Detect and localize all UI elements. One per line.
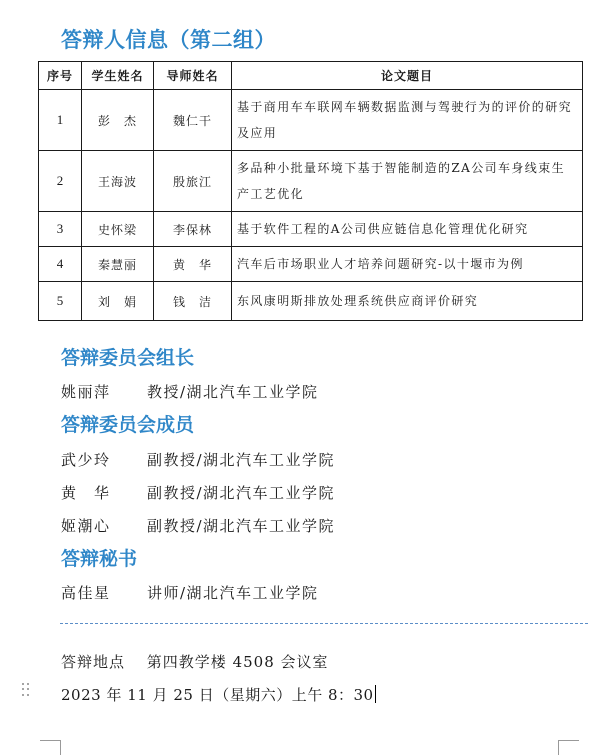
row-advisor: 李保林	[154, 212, 232, 247]
table-row: 4 秦慧丽 黄 华 汽车后市场职业人才培养问题研究-以十堰市为例	[39, 247, 583, 282]
member-name: 姬潮心	[61, 515, 147, 536]
row-topic: 汽车后市场职业人才培养问题研究-以十堰市为例	[232, 247, 583, 282]
secretary-heading: 答辩秘书	[61, 544, 137, 571]
member-title: 教授/湖北汽车工业学院	[147, 383, 319, 401]
header-student: 学生姓名	[82, 62, 154, 90]
row-student: 彭 杰	[82, 90, 154, 151]
member-name: 高佳星	[61, 582, 147, 603]
committee-member-entry: 武少玲副教授/湖北汽车工业学院	[61, 449, 335, 470]
member-name: 黄 华	[61, 482, 147, 503]
row-no: 2	[39, 151, 82, 212]
defense-info-table: 序号 学生姓名 导师姓名 论文题目 1 彭 杰 魏仁干 基于商用车车联网车辆数据…	[38, 61, 583, 321]
member-name: 姚丽萍	[61, 381, 147, 402]
location-line[interactable]: 答辩地点 第四教学楼 4508 会议室	[61, 651, 329, 672]
member-title: 讲师/湖北汽车工业学院	[147, 584, 319, 602]
row-topic: 基于软件工程的A公司供应链信息化管理优化研究	[232, 212, 583, 247]
row-advisor: 殷旅江	[154, 151, 232, 212]
row-student: 秦慧丽	[82, 247, 154, 282]
committee-chair-heading: 答辩委员会组长	[61, 343, 194, 370]
row-no: 5	[39, 282, 82, 321]
page-margin-corner-right	[558, 740, 579, 755]
committee-member-entry: 姬潮心副教授/湖北汽车工业学院	[61, 515, 335, 536]
header-advisor: 导师姓名	[154, 62, 232, 90]
row-student: 刘 娟	[82, 282, 154, 321]
row-topic: 东风康明斯排放处理系统供应商评价研究	[232, 282, 583, 321]
table-row: 1 彭 杰 魏仁干 基于商用车车联网车辆数据监测与驾驶行为的评价的研究及应用	[39, 90, 583, 151]
header-topic: 论文题目	[232, 62, 583, 90]
location-value: 第四教学楼 4508 会议室	[147, 653, 329, 671]
drag-handle-icon[interactable]	[22, 683, 30, 697]
page-margin-corner-left	[40, 740, 61, 755]
table-header-row: 序号 学生姓名 导师姓名 论文题目	[39, 62, 583, 90]
row-no: 1	[39, 90, 82, 151]
row-student: 王海波	[82, 151, 154, 212]
table-row: 5 刘 娟 钱 洁 东风康明斯排放处理系统供应商评价研究	[39, 282, 583, 321]
committee-members-heading: 答辩委员会成员	[61, 410, 194, 437]
table-row: 2 王海波 殷旅江 多品种小批量环境下基于智能制造的ZA公司车身线束生产工艺优化	[39, 151, 583, 212]
row-topic: 基于商用车车联网车辆数据监测与驾驶行为的评价的研究及应用	[232, 90, 583, 151]
member-name: 武少玲	[61, 449, 147, 470]
text-cursor	[375, 685, 377, 703]
page-title: 答辩人信息（第二组）	[61, 24, 276, 54]
member-title: 副教授/湖北汽车工业学院	[147, 517, 335, 535]
row-student: 史怀梁	[82, 212, 154, 247]
member-title: 副教授/湖北汽车工业学院	[147, 451, 335, 469]
row-no: 4	[39, 247, 82, 282]
committee-chair-entry: 姚丽萍教授/湖北汽车工业学院	[61, 381, 319, 402]
datetime-value: 2023 年 11 月 25 日（星期六）上午 8：30	[61, 686, 374, 704]
table-row: 3 史怀梁 李保林 基于软件工程的A公司供应链信息化管理优化研究	[39, 212, 583, 247]
member-title: 副教授/湖北汽车工业学院	[147, 484, 335, 502]
row-no: 3	[39, 212, 82, 247]
row-advisor: 黄 华	[154, 247, 232, 282]
section-divider	[60, 623, 588, 624]
header-no: 序号	[39, 62, 82, 90]
location-label: 答辩地点	[61, 653, 125, 671]
secretary-entry: 高佳星讲师/湖北汽车工业学院	[61, 582, 319, 603]
committee-member-entry: 黄 华副教授/湖北汽车工业学院	[61, 482, 335, 503]
row-advisor: 钱 洁	[154, 282, 232, 321]
row-topic: 多品种小批量环境下基于智能制造的ZA公司车身线束生产工艺优化	[232, 151, 583, 212]
datetime-line[interactable]: 2023 年 11 月 25 日（星期六）上午 8：30	[61, 684, 376, 705]
row-advisor: 魏仁干	[154, 90, 232, 151]
